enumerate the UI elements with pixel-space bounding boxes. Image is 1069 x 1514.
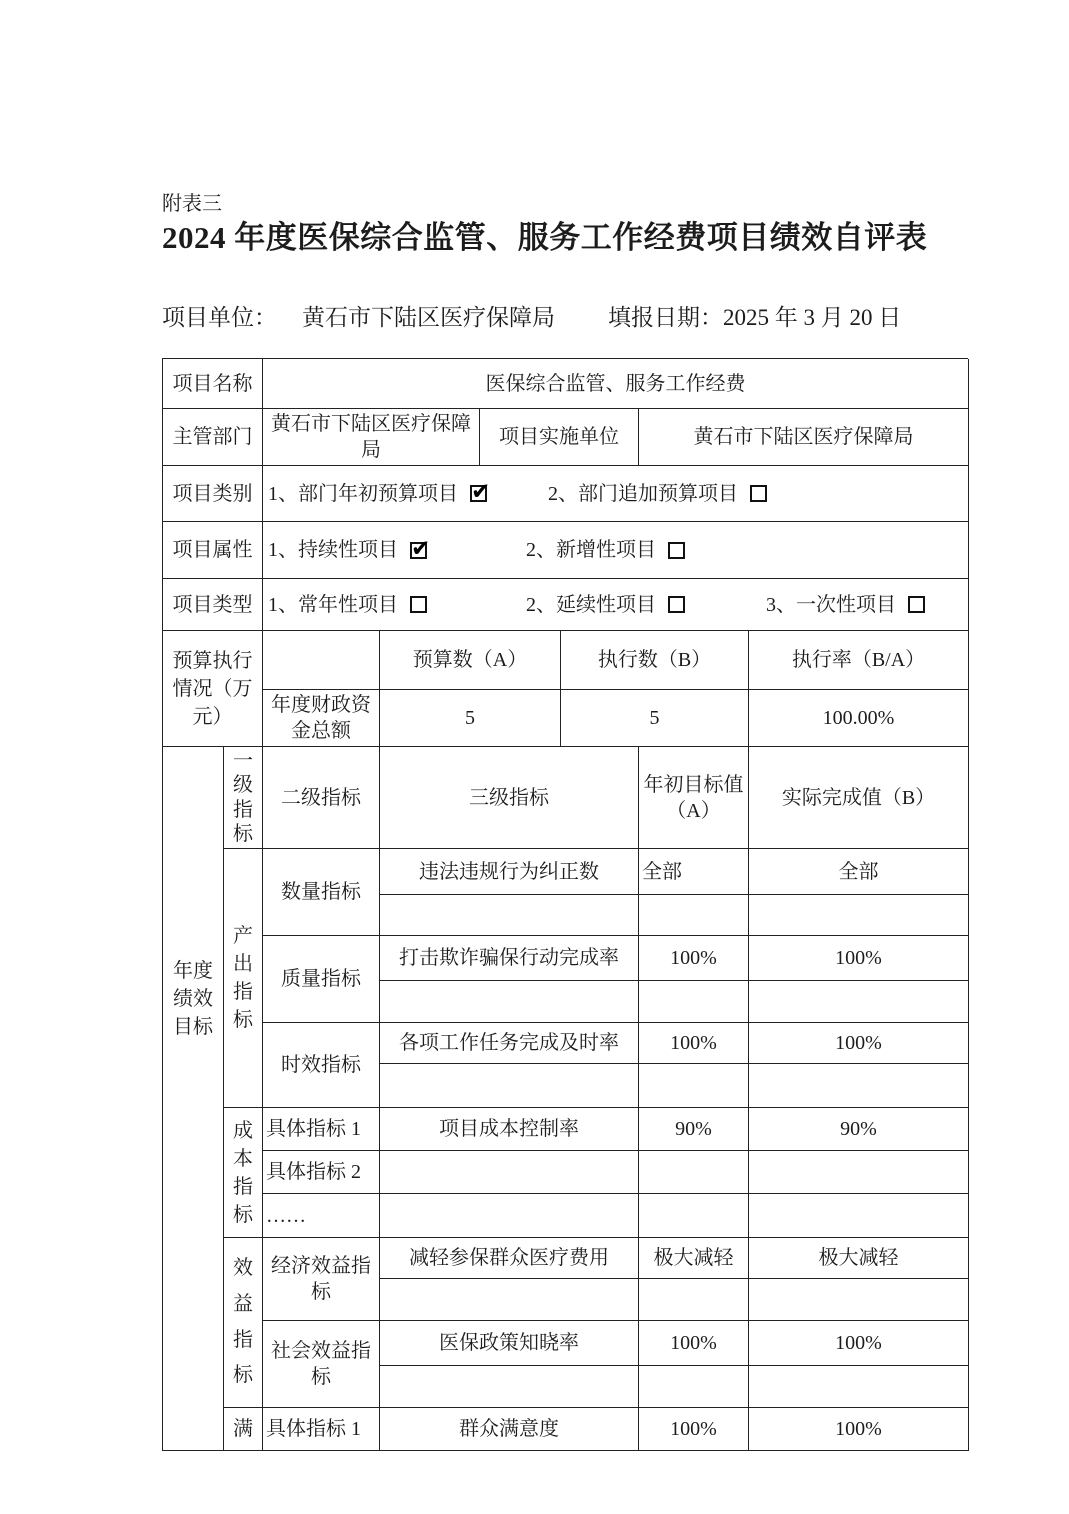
type-option-1: 1、常年性项目 (268, 592, 526, 618)
quality-actual: 100% (749, 936, 969, 981)
type-option-2: 2、延续性项目 (526, 592, 766, 618)
impl-unit-label: 项目实施单位 (480, 409, 639, 466)
empty-cell (749, 1194, 969, 1238)
empty-cell (749, 895, 969, 936)
meta-line: 项目单位：黄石市下陆区医疗保障局 填报日期：2025 年 3 月 20 日 (162, 303, 1069, 333)
timeliness-label: 时效指标 (263, 1023, 380, 1108)
category-label: 项目类别 (163, 466, 263, 522)
rate-col-header: 执行率（B/A） (749, 631, 969, 690)
empty-cell (639, 1366, 749, 1408)
checkbox-perennial[interactable] (410, 596, 427, 613)
report-date: 填报日期：2025 年 3 月 20 日 (608, 303, 901, 333)
budget-section-label: 预算执行情况（万元） (163, 631, 263, 747)
checkbox-additional-budget[interactable] (750, 485, 767, 502)
checkbox-one-time[interactable] (908, 596, 925, 613)
quantity-label: 数量指标 (263, 849, 380, 936)
project-unit-label: 项目单位： (162, 303, 277, 333)
category-options: 1、部门年初预算项目 2、部门追加预算项目 (263, 466, 969, 522)
empty-cell (380, 1151, 639, 1194)
report-date-value: 2025 年 3 月 20 日 (723, 305, 901, 330)
type-label: 项目类型 (163, 579, 263, 631)
attribute-options: 1、持续性项目 2、新增性项目 (263, 522, 969, 579)
dept-value: 黄石市下陆区医疗保障局 (263, 409, 480, 466)
economic-indicator: 减轻参保群众医疗费用 (380, 1238, 639, 1279)
level1-header: 一级指标 (224, 747, 263, 849)
exec-col-header: 执行数（B） (561, 631, 749, 690)
empty-cell (749, 1064, 969, 1108)
social-indicator: 医保政策知晓率 (380, 1321, 639, 1366)
type-option-3: 3、一次性项目 (766, 592, 925, 618)
timeliness-indicator: 各项工作任务完成及时率 (380, 1023, 639, 1064)
self-evaluation-table: 项目名称 医保综合监管、服务工作经费 主管部门 黄石市下陆区医疗保障局 项目实施… (162, 358, 968, 1451)
group-cost-label: 成本指标 (224, 1108, 263, 1238)
cost-ellipsis-label: …… (263, 1194, 380, 1238)
category-option-2: 2、部门追加预算项目 (548, 481, 767, 507)
empty-cell (639, 1194, 749, 1238)
category-option-1: 1、部门年初预算项目 (268, 481, 548, 507)
target-header: 年初目标值（A） (639, 747, 749, 849)
satisfaction1-label: 具体指标 1 (263, 1408, 380, 1451)
document-page: 附表三 2024 年度医保综合监管、服务工作经费项目绩效自评表 项目单位：黄石市… (0, 0, 1069, 1514)
performance-section-label: 年度绩效目标 (163, 747, 224, 1451)
budget-value: 5 (380, 690, 561, 747)
cost1-actual: 90% (749, 1108, 969, 1151)
dept-label: 主管部门 (163, 409, 263, 466)
group-satisfaction-label: 满 (224, 1408, 263, 1451)
actual-header: 实际完成值（B） (749, 747, 969, 849)
page-title: 2024 年度医保综合监管、服务工作经费项目绩效自评表 (162, 216, 1069, 259)
satisfaction1-actual: 100% (749, 1408, 969, 1451)
cost1-label: 具体指标 1 (263, 1108, 380, 1151)
empty-cell (380, 895, 639, 936)
project-name-value: 医保综合监管、服务工作经费 (263, 359, 969, 409)
empty-cell (639, 1279, 749, 1321)
checkbox-initial-budget[interactable] (470, 485, 487, 502)
quantity-actual: 全部 (749, 849, 969, 895)
empty-cell (639, 895, 749, 936)
rate-value: 100.00% (749, 690, 969, 747)
quality-label: 质量指标 (263, 936, 380, 1023)
empty-cell (749, 1366, 969, 1408)
cost1-target: 90% (639, 1108, 749, 1151)
empty-cell (749, 1279, 969, 1321)
quantity-target: 全部 (639, 849, 749, 895)
timeliness-actual: 100% (749, 1023, 969, 1064)
budget-col-header: 预算数（A） (380, 631, 561, 690)
economic-actual: 极大减轻 (749, 1238, 969, 1279)
type-options: 1、常年性项目 2、延续性项目 3、一次性项目 (263, 579, 969, 631)
project-name-label: 项目名称 (163, 359, 263, 409)
empty-cell (749, 981, 969, 1023)
social-target: 100% (639, 1321, 749, 1366)
empty-cell (380, 1064, 639, 1108)
empty-cell (749, 1151, 969, 1194)
attribute-label: 项目属性 (163, 522, 263, 579)
checkbox-continuous[interactable] (410, 542, 427, 559)
quality-target: 100% (639, 936, 749, 981)
economic-label: 经济效益指标 (263, 1238, 380, 1321)
attribute-option-2: 2、新增性项目 (526, 537, 685, 563)
group-output-label: 产出指标 (224, 849, 263, 1108)
empty-cell (380, 981, 639, 1023)
empty-cell (380, 1279, 639, 1321)
project-unit-value: 黄石市下陆区医疗保障局 (302, 303, 555, 333)
empty-cell (639, 1151, 749, 1194)
empty-cell (639, 981, 749, 1023)
annual-fund-label: 年度财政资金总额 (263, 690, 380, 747)
timeliness-target: 100% (639, 1023, 749, 1064)
empty-cell (380, 1366, 639, 1408)
empty-cell (380, 1194, 639, 1238)
satisfaction1-target: 100% (639, 1408, 749, 1451)
social-label: 社会效益指标 (263, 1321, 380, 1408)
quality-indicator: 打击欺诈骗保行动完成率 (380, 936, 639, 981)
empty-cell (639, 1064, 749, 1108)
report-date-label: 填报日期： (608, 305, 723, 330)
cost1-indicator: 项目成本控制率 (380, 1108, 639, 1151)
level2-header: 二级指标 (263, 747, 380, 849)
checkbox-new[interactable] (668, 542, 685, 559)
impl-unit-value: 黄石市下陆区医疗保障局 (639, 409, 969, 466)
group-benefit-label: 效益指标 (224, 1238, 263, 1408)
checkbox-continuation[interactable] (668, 596, 685, 613)
quantity-indicator: 违法违规行为纠正数 (380, 849, 639, 895)
level3-header: 三级指标 (380, 747, 639, 849)
empty-cell (263, 631, 380, 690)
attribute-option-1: 1、持续性项目 (268, 537, 526, 563)
social-actual: 100% (749, 1321, 969, 1366)
cost2-label: 具体指标 2 (263, 1151, 380, 1194)
appendix-label: 附表三 (162, 192, 1069, 216)
economic-target: 极大减轻 (639, 1238, 749, 1279)
exec-value: 5 (561, 690, 749, 747)
satisfaction1-indicator: 群众满意度 (380, 1408, 639, 1451)
